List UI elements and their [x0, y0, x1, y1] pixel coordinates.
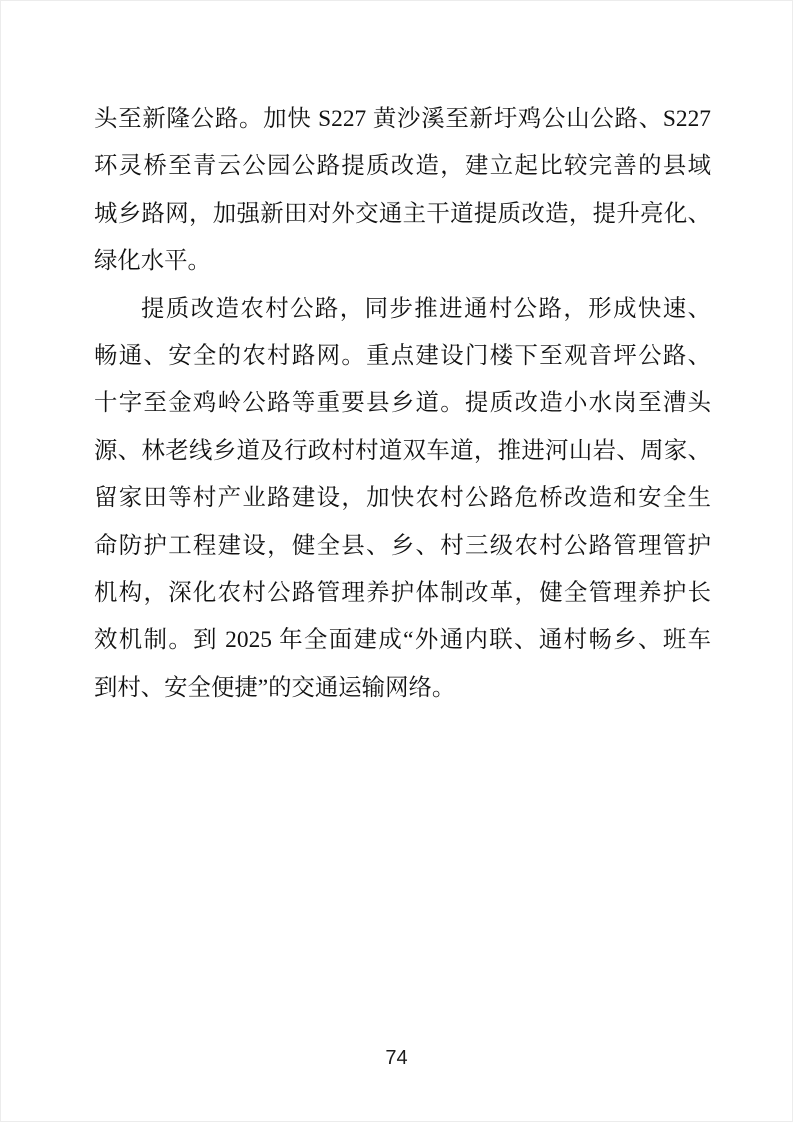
page-number: 74	[385, 1047, 407, 1069]
document-body: 头至新隆公路。加快 S227 黄沙溪至新圩鸡公山公路、S227环灵桥至青云公园公…	[94, 96, 711, 712]
text-line: 到村、安全便捷”的交通运输网络。	[94, 665, 711, 712]
text-line: 绿化水平。	[94, 238, 711, 285]
document-page: 头至新隆公路。加快 S227 黄沙溪至新圩鸡公山公路、S227环灵桥至青云公园公…	[0, 0, 793, 1122]
text-line: 城乡路网，加强新田对外交通主干道提质改造，提升亮化、	[94, 191, 711, 238]
text-line: 环灵桥至青云公园公路提质改造，建立起比较完善的县域	[94, 143, 711, 190]
text-line: 提质改造农村公路，同步推进通村公路，形成快速、	[94, 286, 711, 333]
text-line: 畅通、安全的农村路网。重点建设门楼下至观音坪公路、	[94, 333, 711, 380]
text-line: 留家田等村产业路建设，加快农村公路危桥改造和安全生	[94, 475, 711, 522]
page-footer: 74	[1, 1047, 792, 1070]
text-line: 十字至金鸡岭公路等重要县乡道。提质改造小水岗至漕头	[94, 380, 711, 427]
text-line: 机构，深化农村公路管理养护体制改革，健全管理养护长	[94, 570, 711, 617]
text-line: 效机制。到 2025 年全面建成“外通内联、通村畅乡、班车	[94, 617, 711, 664]
text-line: 头至新隆公路。加快 S227 黄沙溪至新圩鸡公山公路、S227	[94, 96, 711, 143]
text-line: 命防护工程建设，健全县、乡、村三级农村公路管理管护	[94, 523, 711, 570]
paragraph: 提质改造农村公路，同步推进通村公路，形成快速、畅通、安全的农村路网。重点建设门楼…	[94, 286, 711, 713]
text-line: 源、林老线乡道及行政村村道双车道，推进河山岩、周家、	[94, 428, 711, 475]
paragraph: 头至新隆公路。加快 S227 黄沙溪至新圩鸡公山公路、S227环灵桥至青云公园公…	[94, 96, 711, 286]
